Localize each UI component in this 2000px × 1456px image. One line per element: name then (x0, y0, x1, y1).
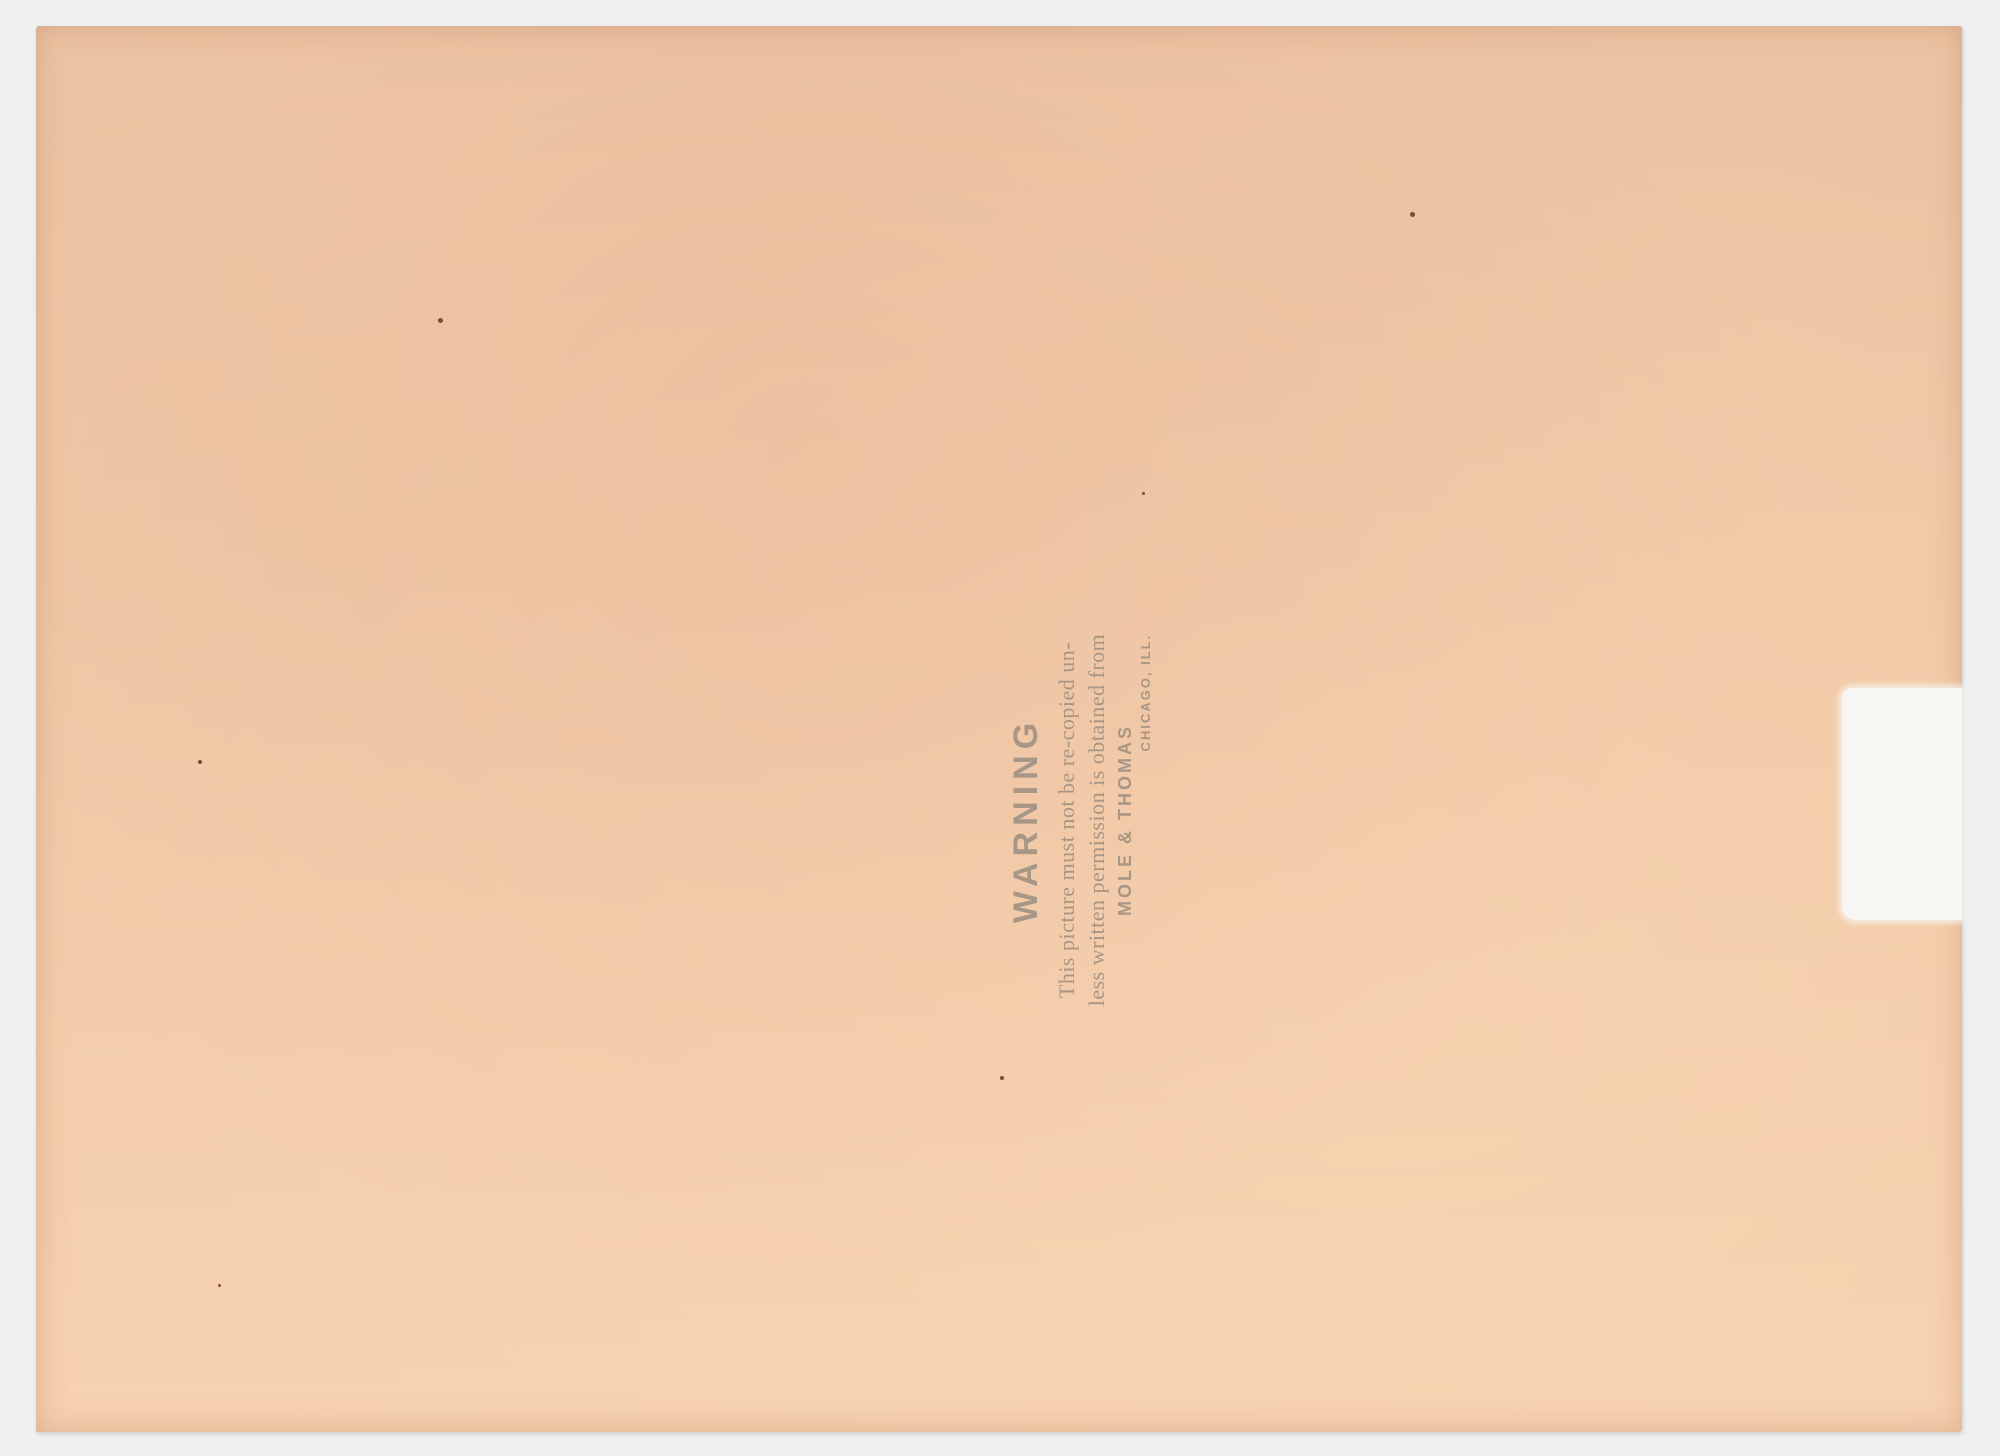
paper-repair-patch (1842, 688, 1962, 920)
warning-stamp: WARNING This picture must not be re-copi… (1007, 634, 1153, 1007)
paper-speck (198, 760, 202, 764)
stamp-title: WARNING (1007, 634, 1046, 1007)
stamp-line-1: This picture must not be re-copied un- (1052, 634, 1082, 1007)
paper-speck (1410, 212, 1415, 217)
paper-speck (1000, 1076, 1004, 1080)
paper-back (36, 26, 1962, 1432)
paper-speck (218, 1284, 221, 1287)
stamp-company: MOLE & THOMAS (1112, 634, 1138, 1007)
paper-speck (438, 318, 443, 323)
stamp-line-2: less written permission is obtained from (1082, 634, 1112, 1007)
stamp-city: CHICAGO, ILL. (1138, 634, 1153, 1007)
paper-speck (1142, 492, 1145, 495)
